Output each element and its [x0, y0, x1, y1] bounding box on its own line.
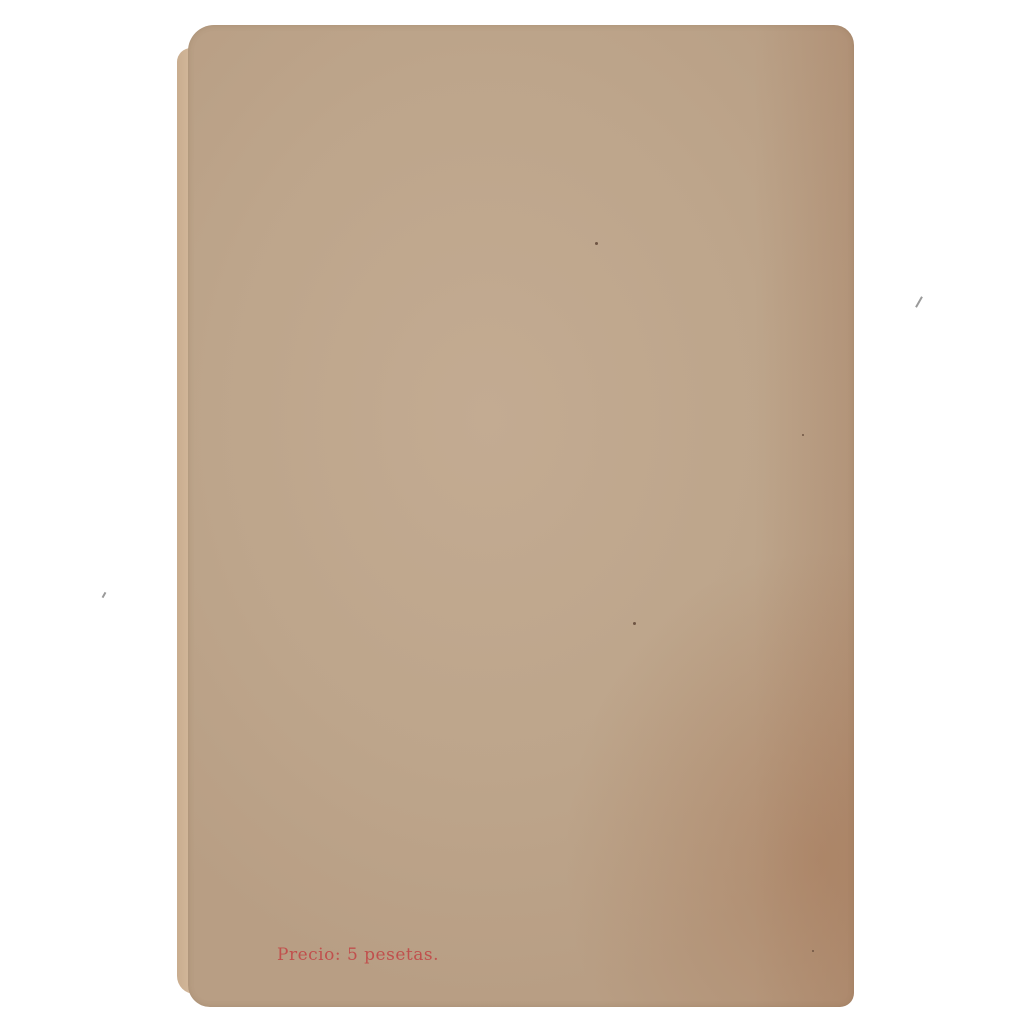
- paper-speck: [802, 434, 804, 436]
- paper-speck: [812, 950, 814, 952]
- paper-speck: [633, 622, 636, 625]
- book-back-cover: [188, 25, 854, 1007]
- paper-speck: [595, 242, 598, 245]
- price-label: Precio: 5 pesetas.: [277, 945, 439, 965]
- stray-mark: [915, 296, 923, 307]
- stray-mark: [102, 592, 107, 598]
